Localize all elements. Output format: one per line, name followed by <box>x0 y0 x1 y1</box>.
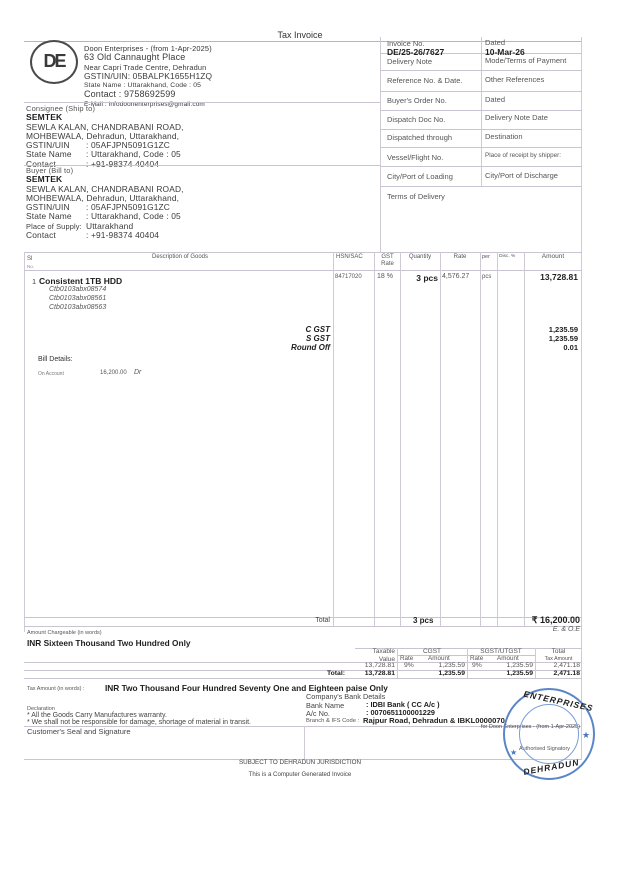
declaration-line-2: * We shall not be responsible for damage… <box>27 719 251 726</box>
header-gst: GSTRate <box>375 254 400 268</box>
header-sl: Sl <box>27 256 32 262</box>
tax-totals-total: 2,471.18 <box>535 670 580 677</box>
col-amount <box>524 252 525 626</box>
invoice-no-value: DE/25-26/7627 <box>387 47 444 57</box>
stamp-star-icon: ★ <box>510 748 517 757</box>
item-per: pcs <box>482 274 491 280</box>
item-serial-3: Ctb0103abx08563 <box>49 304 106 311</box>
sgst-amount-header: Amount <box>497 655 519 662</box>
meta-mid-border <box>481 37 482 186</box>
buyer-gstin: GSTIN/UIN: 05AFJPN5091G1ZC <box>26 203 376 212</box>
stamp-star-icon: ★ <box>582 730 590 741</box>
tax-totals-taxable: 13,728.81 <box>345 670 395 677</box>
seller-divider <box>24 102 380 103</box>
total-amount: ₹ 16,200.00 <box>520 615 580 626</box>
tax-words-label: Tax Amount (in words) : <box>27 686 84 692</box>
header-disc: Disc. % <box>499 254 515 259</box>
item-gst-rate: 18 % <box>377 273 393 280</box>
amount-words-value: INR Sixteen Thousand Two Hundred Only <box>27 638 191 648</box>
buyer-state: State Name: Uttarakhand, Code : 05 <box>26 212 376 221</box>
vessel-label: Vessel/Flight No. <box>387 153 443 162</box>
header-amount: Amount <box>524 253 582 260</box>
port-loading-label: City/Port of Loading <box>387 172 453 181</box>
signature-divider <box>304 726 305 759</box>
item-rate: 4,576.27 <box>442 273 469 280</box>
seller-block: Doon Enterprises - (from 1-Apr-2025) 63 … <box>84 44 374 109</box>
cgst-amount-header: Amount <box>428 655 450 662</box>
consignee-block: Consignee (Ship to) SEMTEK SEWLA KALAN, … <box>26 104 376 169</box>
meta-line <box>380 129 582 130</box>
consignee-address-2: MOHBEWALA, Dehradun, Uttarakhand, <box>26 132 376 141</box>
seller-gstin: GSTIN/UIN: 05BALPK1655H1ZQ <box>84 72 374 81</box>
items-header-line <box>24 270 582 271</box>
buyer-block: Buyer (Bill to) SEMTEK SEWLA KALAN, CHAN… <box>26 166 376 240</box>
total-quantity: 3 pcs <box>413 616 433 625</box>
declaration-line-1: * All the Goods Carry Manufactures warra… <box>27 712 167 719</box>
meta-line <box>380 110 582 111</box>
buyer-place-of-supply: Place of Supply:Uttarakhand <box>26 222 376 231</box>
document-title: Tax Invoice <box>250 30 350 40</box>
tax-totals-cgst: 1,235.59 <box>420 670 465 677</box>
col-disc <box>497 252 498 626</box>
buyer-contact: Contact: +91-98374 40404 <box>26 231 376 240</box>
tax-sgst-label: S GST <box>240 334 330 343</box>
tax-totals-label: Total: <box>300 670 345 677</box>
delivery-note-label: Delivery Note <box>387 57 432 66</box>
mode-terms-label: Mode/Terms of Payment <box>485 56 566 65</box>
tax-sgst-amount: 1,235.59 <box>524 334 578 343</box>
tax-totals-sgst: 1,235.59 <box>488 670 533 677</box>
buyer-address-2: MOHBEWALA, Dehradun, Uttarakhand, <box>26 194 376 203</box>
item-hsn: 84717020 <box>335 274 362 280</box>
tax-cgst-amount: 1,235.59 <box>524 325 578 334</box>
col-gst <box>374 252 375 626</box>
sgst-header: SGST/UTGST <box>467 648 535 655</box>
tax-row-sgst-amount: 1,235.59 <box>488 662 533 669</box>
taxable-header: TaxableValue <box>355 648 395 663</box>
destination-label: Destination <box>485 132 523 141</box>
meta-line <box>380 147 582 148</box>
consignee-gstin: GSTIN/UIN: 05AFJPN5091G1ZC <box>26 141 376 150</box>
col-qty <box>400 252 401 626</box>
header-quantity: Quantity <box>400 254 440 260</box>
tax-row-cgst-amount: 1,235.59 <box>420 662 465 669</box>
other-references-label: Other References <box>485 75 544 84</box>
customer-seal-label: Customer's Seal and Signature <box>27 727 131 736</box>
seller-contact: Contact : 9758692599 <box>84 90 374 99</box>
on-account-label: On Account <box>38 371 64 377</box>
company-stamp: ENTERPRISES DEHRADUN ★ ★ <box>503 688 595 780</box>
round-off-amount: 0.01 <box>524 343 578 352</box>
item-quantity: 3 pcs <box>400 273 438 283</box>
header-description: Description of Goods <box>100 254 260 260</box>
header-per: per <box>482 254 490 260</box>
col-rate <box>440 252 441 626</box>
jurisdiction-note: SUBJECT TO DEHRADUN JURISDICTION <box>180 759 420 766</box>
item-amount: 13,728.81 <box>524 272 578 282</box>
stamp-inner-ring <box>519 704 579 764</box>
tax-row-sgst-rate: 9% <box>472 662 482 669</box>
dispatch-doc-label: Dispatch Doc No. <box>387 115 445 124</box>
meta-line <box>380 91 582 92</box>
total-label: Total <box>260 617 330 624</box>
computer-generated-note: This is a Computer Generated Invoice <box>180 771 420 778</box>
consignee-state: State Name: Uttarakhand, Code : 05 <box>26 150 376 159</box>
tax-row-total: 2,471.18 <box>535 662 580 669</box>
cgst-header: CGST <box>397 648 467 655</box>
tax-row-cgst-rate: 9% <box>404 662 414 669</box>
eoe-label: E. & O.E <box>520 626 580 633</box>
bank-acc-label: A/c No. <box>306 709 330 718</box>
item-serial-2: Ctb0103abx08561 <box>49 295 106 302</box>
item-description: Consistent 1TB HDD <box>39 276 122 286</box>
meta-line <box>380 70 582 71</box>
on-account-value: 16,200.00 <box>100 370 127 376</box>
col-hsn <box>333 252 334 626</box>
meta-line <box>380 186 582 187</box>
items-total-bottom <box>24 626 582 627</box>
item-serial-1: Ctb0103abx08574 <box>49 286 106 293</box>
sgst-rate-header: Rate <box>470 655 483 662</box>
items-top-line <box>24 252 582 253</box>
company-logo: DE <box>30 40 78 84</box>
header-no: No. <box>27 264 34 269</box>
buyers-order-label: Buyer's Order No. <box>387 96 447 105</box>
round-off-label: Round Off <box>240 343 330 352</box>
header-rate: Rate <box>440 254 480 260</box>
logo-glyph: DE <box>32 51 76 72</box>
cgst-rate-header: Rate <box>400 655 413 662</box>
dated-label: Dated <box>485 38 505 47</box>
on-account-suffix: Dr <box>134 369 141 376</box>
bill-details-label: Bill Details: <box>38 356 73 363</box>
frame-left-lower <box>24 252 25 632</box>
meta-line <box>380 166 582 167</box>
total-tax-header: TotalTax Amount <box>535 648 582 663</box>
tax-summary-bottom <box>24 678 582 679</box>
col-per <box>480 252 481 626</box>
consignee-heading: Consignee (Ship to) <box>26 104 376 113</box>
dispatched-through-label: Dispatched through <box>387 133 452 142</box>
header-hsn: HSN/SAC <box>336 254 363 260</box>
place-receipt-label: Place of receipt by shipper: <box>485 152 561 159</box>
tax-row-taxable: 13,728.81 <box>345 662 395 669</box>
terms-delivery-label: Terms of Delivery <box>387 192 445 201</box>
bank-branch-label: Branch & IFS Code : <box>306 718 359 724</box>
port-discharge-label: City/Port of Discharge <box>485 171 558 180</box>
amount-words-label: Amount Chargeable (in words) <box>27 630 102 636</box>
tax-cgst-label: C GST <box>240 325 330 334</box>
delivery-note-date-label: Delivery Note Date <box>485 113 548 122</box>
dated2-label: Dated <box>485 95 505 104</box>
seller-address-1: 63 Old Cannaught Place <box>84 53 374 62</box>
item-sl: 1 <box>32 277 36 286</box>
reference-label: Reference No. & Date. <box>387 76 462 85</box>
buyer-heading: Buyer (Bill to) <box>26 166 376 175</box>
